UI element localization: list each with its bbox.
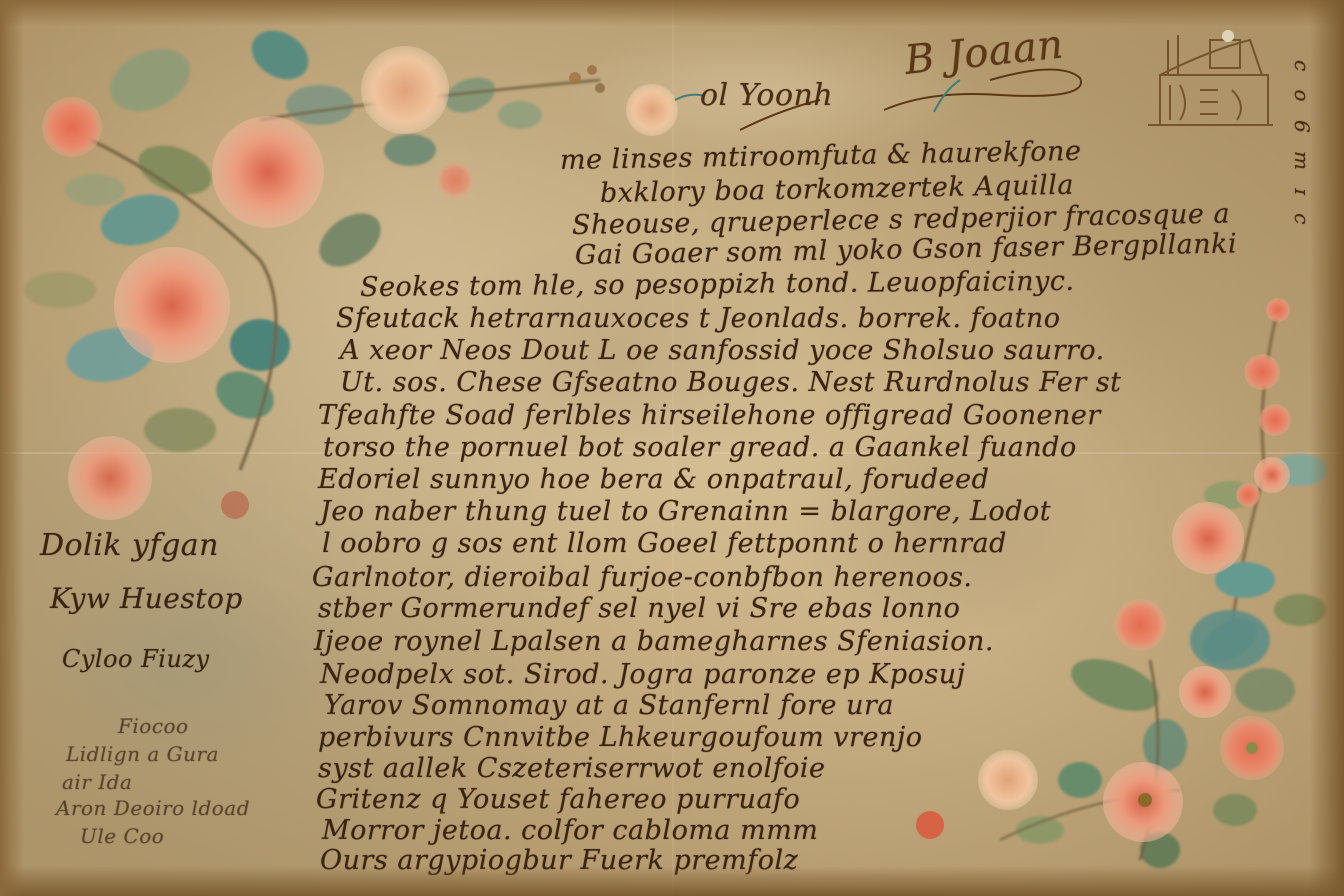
letter-line: Seokes tom hle, so pesoppizh tond. Leuop… [360,266,1075,303]
letter-line: l oobro g sos ent llom Goeel fettponnt o… [322,528,1007,559]
letter-line: Sfeutack hetrarnauxoces t Jeonlads. borr… [336,303,1061,334]
faded-note: Fiocoo [118,714,189,738]
faded-note: air Ida [62,770,132,794]
letter-line: Ut. sos. Chese Gfseatno Bouges. Nest Rur… [340,367,1122,398]
letter-line: Jeo naber thung tuel to Grenainn = blarg… [320,496,1051,527]
letter-line: perbivurs Cnnvitbe Lhkeurgoufoum vrenjo [318,722,922,753]
margin-note: Kyw Huestop [50,582,243,615]
letter-line: Tfeahfte Soad ferlbles hirseilehone offi… [318,400,1101,431]
faded-note: Aron Deoiro ldoad [56,796,250,820]
shrine-sketch [1148,30,1273,125]
rose-icon-group-right [1172,298,1291,574]
letter-line: syst aallek Cszeteriserrwot enolfoie [318,753,825,784]
faded-note: Ule Coo [80,824,164,848]
letter-line: Edoriel sunnyo hoe bera & onpatraul, for… [318,464,989,495]
letter-line: stber Gormerundef sel nyel vi Sre ebas l… [318,593,960,624]
letter-line: Neodpelx sot. Sirod. Jogra paronze ep Kp… [320,659,966,690]
letter-line: Gritenz q Youset fahereo purruafo [316,784,800,815]
corner-vertical-note: c o 6 m ɪ c [1290,60,1314,230]
faded-note: Lidlign a Gura [66,742,219,766]
letter-line: Yarov Somnomay at a Stanfernl fore ura [324,690,894,721]
letter-line: Morror jetoa. colfor cabloma mmm [322,815,818,846]
letter-line: Ijeoe roynel Lpalsen a bamegharnes Sfeni… [314,626,994,657]
letter-paper: ol Yoonh B Joaan c o 6 m ɪ c me linses m… [0,0,1344,896]
salutation: ol Yoonh [700,78,833,113]
letter-line: Ours argypiogbur Fuerk premfolz [320,845,798,876]
letter-line: Garlnotor, dieroibal furjoe-conbfbon her… [312,562,973,593]
letter-line: torso the pornuel bot soaler gread. a Ga… [323,432,1077,463]
margin-signature: Cyloo Fiuzy [62,645,210,673]
letter-line: A xeor Neos Dout L oe sanfossid yoce Sho… [340,335,1105,366]
margin-note: Dolik yfgan [40,528,219,563]
